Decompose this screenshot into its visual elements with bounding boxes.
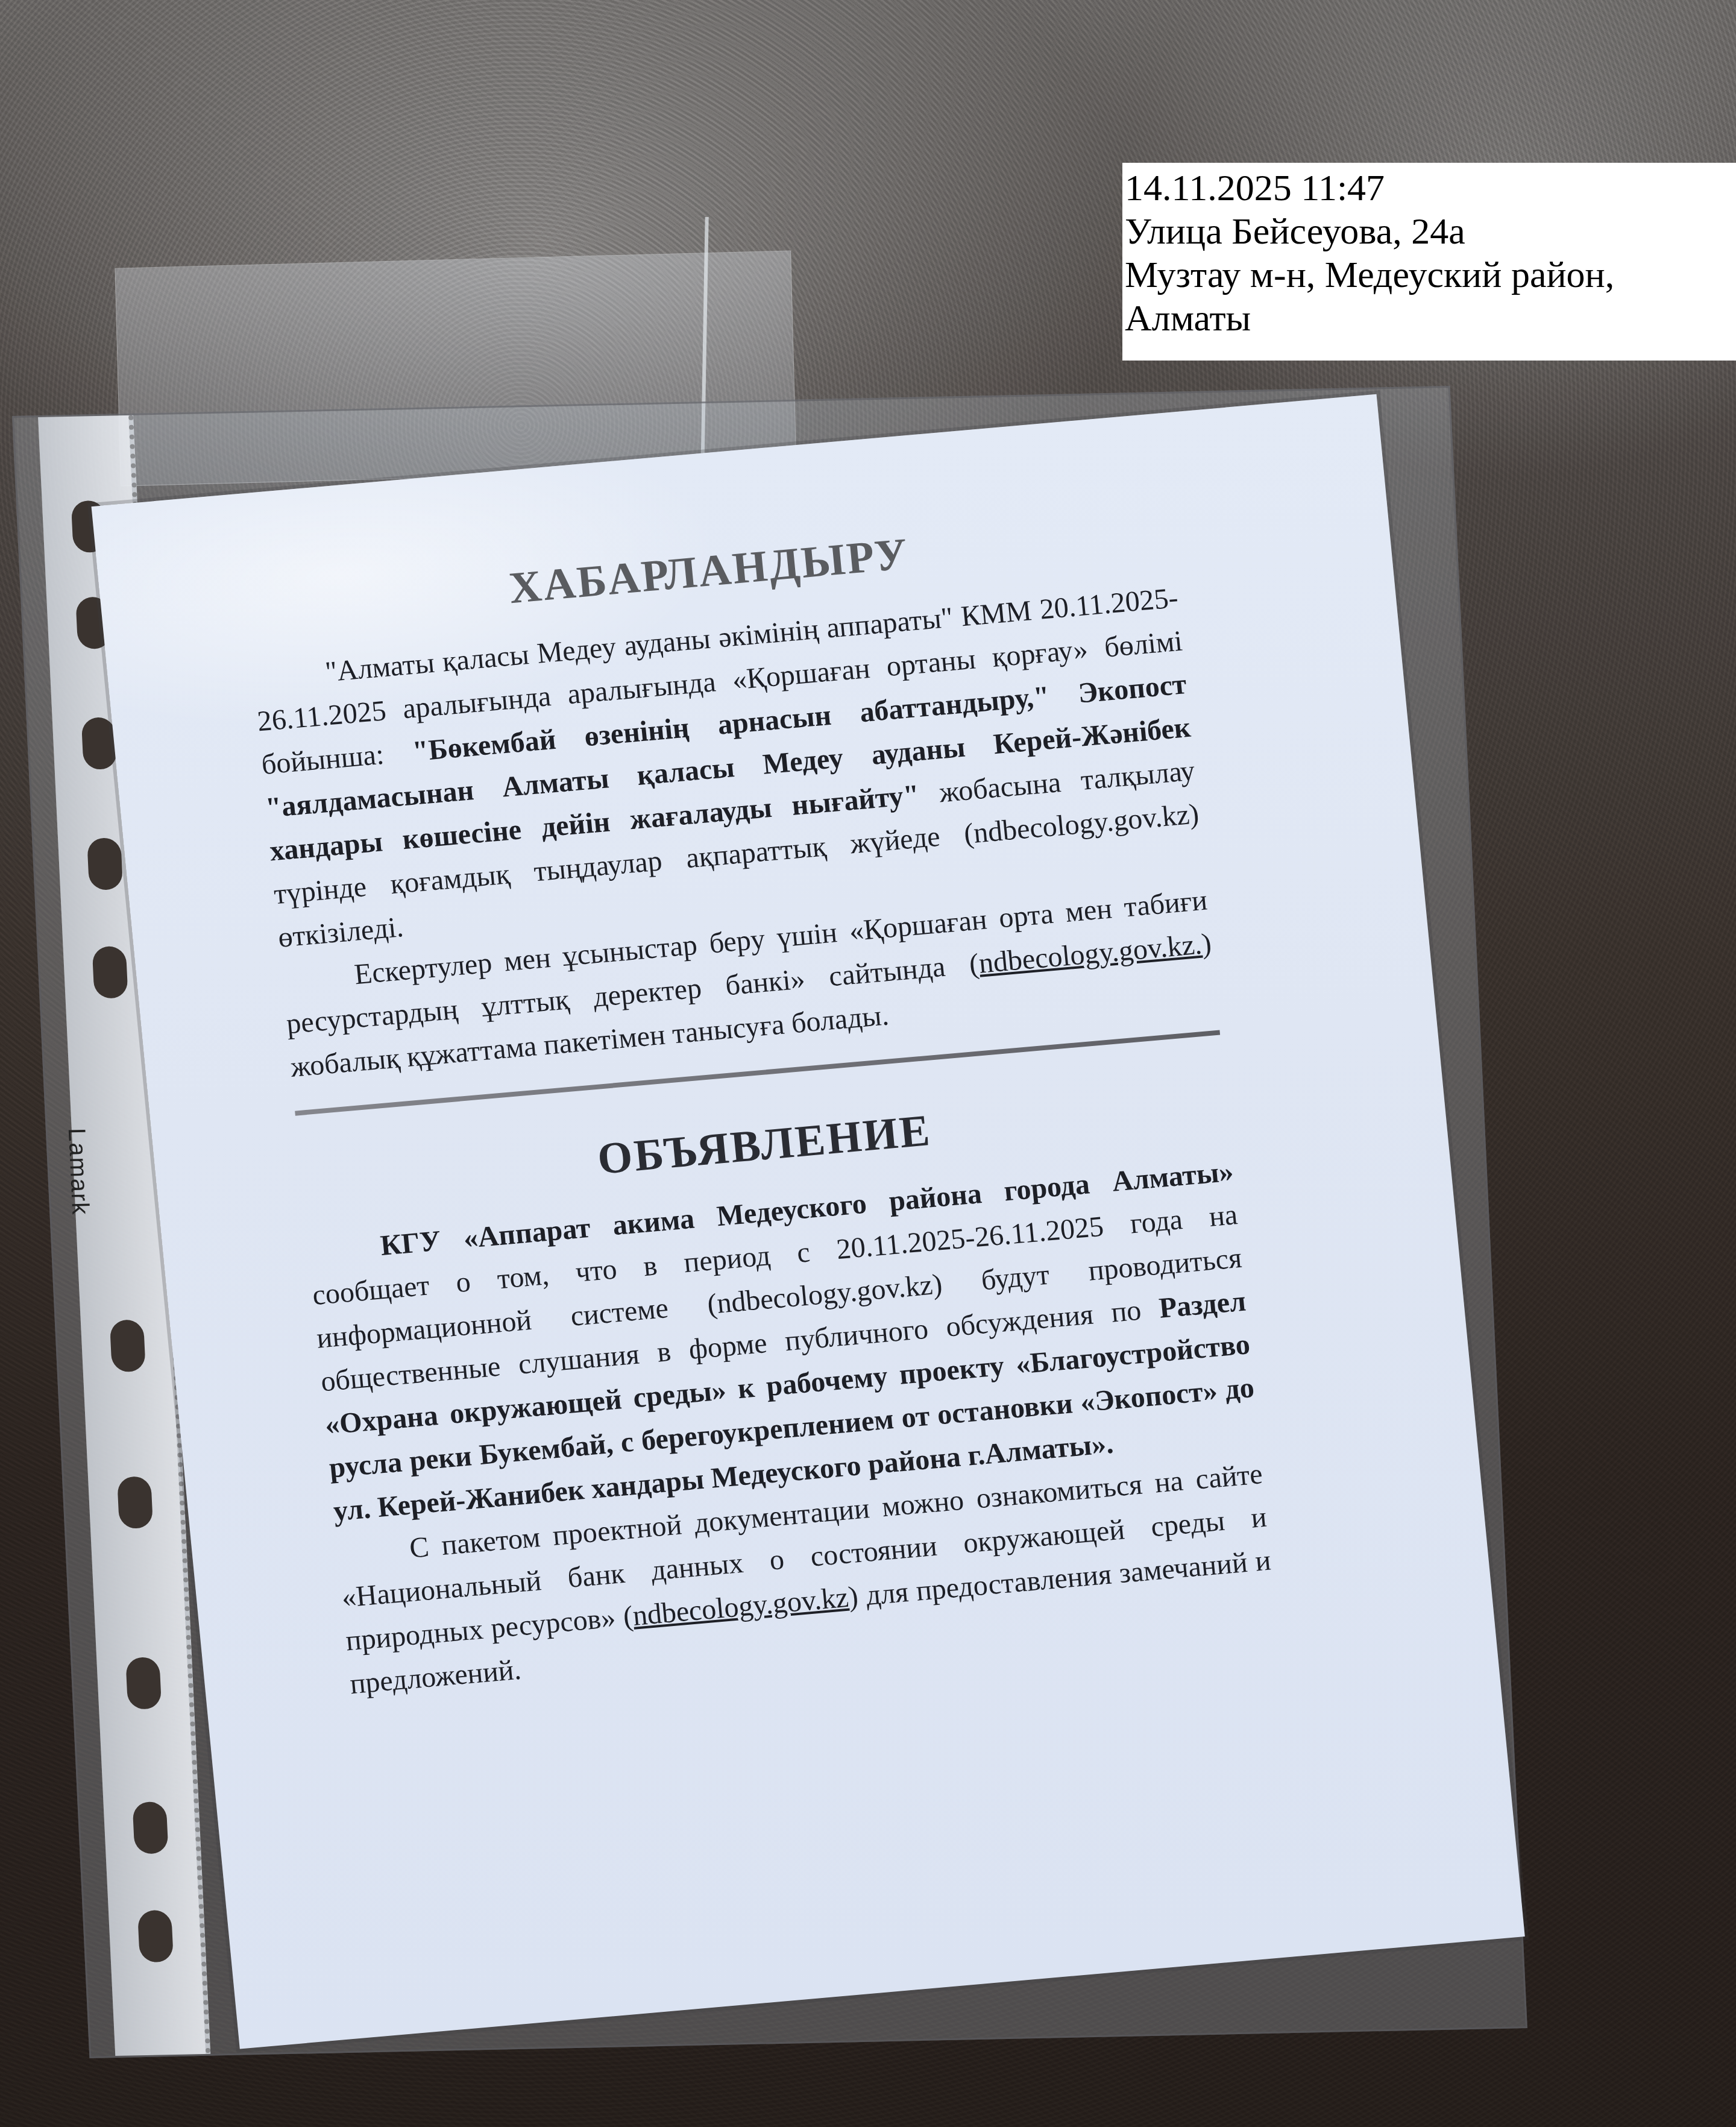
punch-hole xyxy=(125,1657,162,1709)
stamp-address-street: Улица Бейсеуова, 24а xyxy=(1122,210,1736,253)
notice-paper: ХАБАРЛАНДЫРУ "Алматы қаласы Медеу ауданы… xyxy=(92,394,1525,2049)
protector-brand-label: Lamark xyxy=(63,1128,94,1216)
stamp-datetime: 14.11.2025 11:47 xyxy=(1122,166,1736,210)
notice-kazakh: ХАБАРЛАНДЫРУ "Алматы қаласы Медеу ауданы… xyxy=(245,509,1218,1089)
punch-hole xyxy=(133,1801,169,1854)
notice-content: ХАБАРЛАНДЫРУ "Алматы қаласы Медеу ауданы… xyxy=(245,509,1277,1706)
punch-hole xyxy=(92,946,128,998)
punch-hole xyxy=(117,1476,153,1529)
ru-website-link[interactable]: ndbecology.gov.kz xyxy=(631,1581,850,1632)
punch-hole xyxy=(110,1320,146,1372)
stamp-address-district: Музтау м-н, Медеуский район, xyxy=(1122,253,1736,297)
stamp-address-city: Алматы xyxy=(1122,297,1736,340)
notice-russian: ОБЪЯВЛЕНИЕ КГУ «Аппарат акима Медеуского… xyxy=(300,1083,1277,1706)
kk-website-link[interactable]: ndbecology.gov.kz. xyxy=(977,928,1203,980)
photo-timestamp-overlay: 14.11.2025 11:47 Улица Бейсеуова, 24а Му… xyxy=(1122,163,1736,361)
punch-hole xyxy=(137,1910,174,1962)
punch-hole xyxy=(87,837,123,890)
